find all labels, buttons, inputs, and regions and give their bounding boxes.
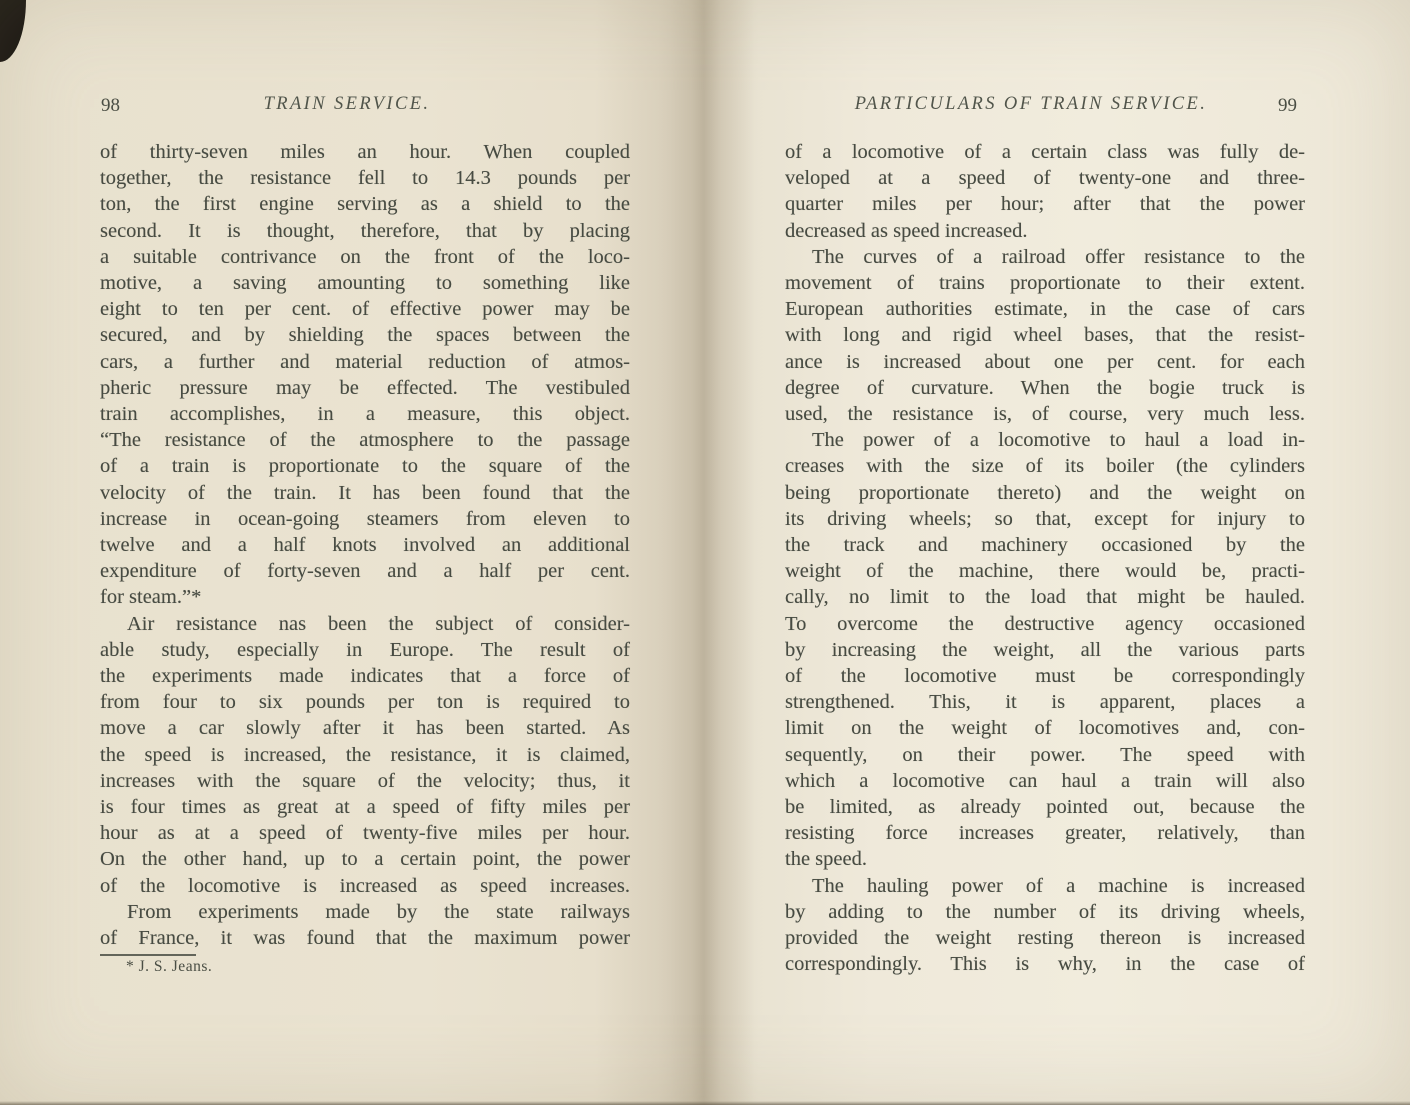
text-line: movement of trains proportionate to thei… [785,270,1305,296]
text-line: the speed. [785,846,1305,872]
text-line: European authorities estimate, in the ca… [785,296,1305,322]
text-line: by increasing the weight, all the variou… [785,637,1305,663]
text-line: used, the resistance is, of course, very… [785,401,1305,427]
scan-bottom-edge [0,1101,1410,1105]
text-line: The hauling power of a machine is increa… [785,873,1305,899]
text-line: increase in ocean-going steamers from el… [100,506,630,532]
text-line: for steam.”* [100,584,630,610]
text-line: which a locomotive can haul a train will… [785,768,1305,794]
text-line: the track and machinery occasioned by th… [785,532,1305,558]
text-column-right: of a locomotive of a certain class was f… [785,139,1305,978]
text-line: of thirty-seven miles an hour. When coup… [100,139,630,165]
text-line: provided the weight resting thereon is i… [785,925,1305,951]
text-line: decreased as speed increased. [785,218,1305,244]
book-scan: 98 TRAIN SERVICE. of thirty-seven miles … [0,0,1410,1105]
text-line: degree of curvature. When the bogie truc… [785,375,1305,401]
text-line: together, the resistance fell to 14.3 po… [100,165,630,191]
text-line: The power of a locomotive to haul a load… [785,427,1305,453]
text-line: Air resistance nas been the subject of c… [100,611,630,637]
scan-corner-artifact [0,0,26,62]
text-line: strengthened. This, it is apparent, plac… [785,689,1305,715]
text-line: eight to ten per cent. of effective powe… [100,296,630,322]
text-line: cars, a further and material reduction o… [100,349,630,375]
text-line: ton, the first engine serving as a shiel… [100,191,630,217]
text-line: move a car slowly after it has been star… [100,715,630,741]
text-line: secured, and by shielding the spaces bet… [100,322,630,348]
text-line: of a train is proportionate to the squar… [100,453,630,479]
text-line: quarter miles per hour; after that the p… [785,191,1305,217]
text-line: train accomplishes, in a measure, this o… [100,401,630,427]
text-line: From experiments made by the state railw… [100,899,630,925]
text-line: its driving wheels; so that, except for … [785,506,1305,532]
text-column-left: of thirty-seven miles an hour. When coup… [100,139,630,951]
text-line: cally, no limit to the load that might b… [785,584,1305,610]
footnote-rule [100,954,196,956]
text-line: with long and rigid wheel bases, that th… [785,322,1305,348]
page-number-right: 99 [1278,95,1297,117]
text-line: velocity of the train. It has been found… [100,480,630,506]
text-line: the experiments made indicates that a fo… [100,663,630,689]
text-line: a suitable contrivance on the front of t… [100,244,630,270]
text-line: being proportionate thereto) and the wei… [785,480,1305,506]
text-line: motive, a saving amounting to something … [100,270,630,296]
text-line: the speed is increased, the resistance, … [100,742,630,768]
footnote-text: * J. S. Jeans. [126,958,212,976]
text-line: veloped at a speed of twenty-one and thr… [785,165,1305,191]
text-line: The curves of a railroad offer resistanc… [785,244,1305,270]
text-line: creases with the size of its boiler (the… [785,453,1305,479]
running-head-right: PARTICULARS OF TRAIN SERVICE. [771,94,1291,115]
text-line: of the locomotive is increased as speed … [100,873,630,899]
text-line: pheric pressure may be effected. The ves… [100,375,630,401]
text-line: On the other hand, up to a certain point… [100,846,630,872]
text-line: twelve and a half knots involved an addi… [100,532,630,558]
text-line: correspondingly. This is why, in the cas… [785,951,1305,977]
text-line: from four to six pounds per ton is requi… [100,689,630,715]
text-line: To overcome the destructive agency occas… [785,611,1305,637]
running-head-left: TRAIN SERVICE. [82,94,612,115]
text-line: of a locomotive of a certain class was f… [785,139,1305,165]
text-line: expenditure of forty-seven and a half pe… [100,558,630,584]
text-line: resisting force increases greater, relat… [785,820,1305,846]
text-line: of the locomotive must be correspondingl… [785,663,1305,689]
text-line: weight of the machine, there would be, p… [785,558,1305,584]
text-line: limit on the weight of locomotives and, … [785,715,1305,741]
text-line: able study, especially in Europe. The re… [100,637,630,663]
text-line: “The resistance of the atmosphere to the… [100,427,630,453]
text-line: second. It is thought, therefore, that b… [100,218,630,244]
text-line: sequently, on their power. The speed wit… [785,742,1305,768]
text-line: by adding to the number of its driving w… [785,899,1305,925]
text-line: be limited, as already pointed out, beca… [785,794,1305,820]
text-line: of France, it was found that the maximum… [100,925,630,951]
text-line: increases with the square of the velocit… [100,768,630,794]
text-line: hour as at a speed of twenty-five miles … [100,820,630,846]
text-line: is four times as great at a speed of fif… [100,794,630,820]
text-line: ance is increased about one per cent. fo… [785,349,1305,375]
